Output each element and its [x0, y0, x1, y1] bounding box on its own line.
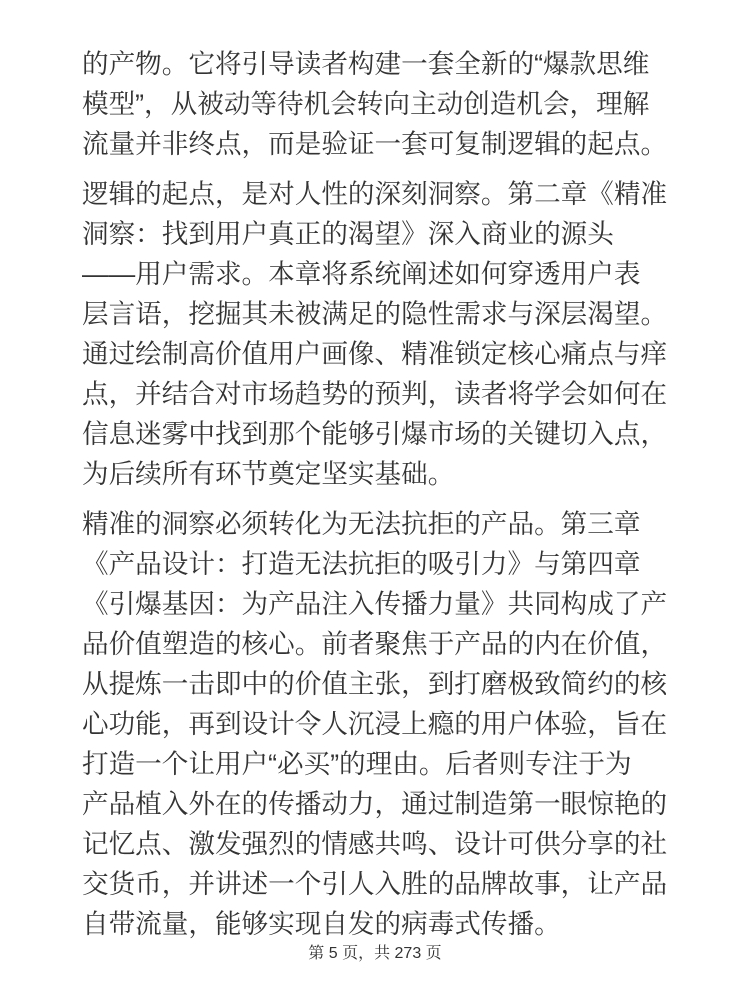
paragraph: 精准的洞察必须转化为无法抗拒的产品。第三章 《产品设计：打造无法抗拒的吸引力》与… [82, 504, 674, 944]
document-page: 的产物。它将引导读者构建一套全新的“爆款思维 模型”，从被动等待机会转向主动创造… [0, 0, 750, 1000]
paragraph: 逻辑的起点，是对人性的深刻洞察。第二章《精准 洞察：找到用户真正的渴望》深入商业… [82, 174, 674, 494]
page-number-footer: 第 5 页，共 273 页 [0, 942, 750, 966]
paragraph: 的产物。它将引导读者构建一套全新的“爆款思维 模型”，从被动等待机会转向主动创造… [82, 44, 674, 164]
document-text-block: 的产物。它将引导读者构建一套全新的“爆款思维 模型”，从被动等待机会转向主动创造… [82, 44, 674, 954]
